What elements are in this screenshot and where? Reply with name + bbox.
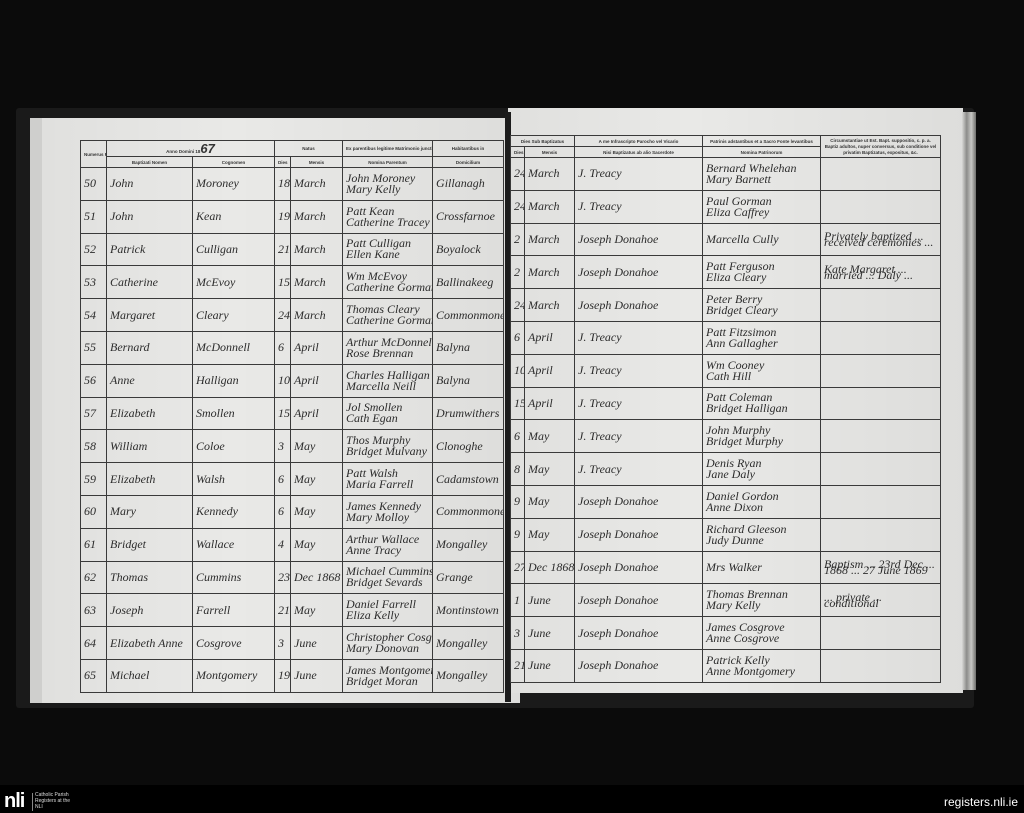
surname: Walsh bbox=[193, 463, 275, 496]
birth-day: 19 bbox=[275, 659, 291, 692]
parents: Patt KeanCatherine Tracey bbox=[343, 200, 433, 233]
table-row: 10AprilJ. TreacyWm CooneyCath Hill bbox=[511, 354, 941, 387]
entry-number: 62 bbox=[81, 561, 107, 594]
parents: Patt WalshMaria Farrell bbox=[343, 463, 433, 496]
header-surname: Cognomen bbox=[193, 157, 275, 168]
birth-month: March bbox=[291, 168, 343, 201]
sponsors: Daniel GordonAnne Dixon bbox=[703, 485, 821, 518]
birth-month: May bbox=[291, 430, 343, 463]
entry-number: 52 bbox=[81, 233, 107, 266]
godmother-name: Eliza Caffrey bbox=[706, 207, 817, 218]
baptism-day: 24 bbox=[511, 289, 525, 322]
minister: Joseph Donahoe bbox=[575, 289, 703, 322]
baptism-day: 9 bbox=[511, 518, 525, 551]
baptism-month: June bbox=[525, 617, 575, 650]
entry-number: 60 bbox=[81, 495, 107, 528]
sponsors: Patt ColemanBridget Halligan bbox=[703, 387, 821, 420]
sponsors: Marcella Cully bbox=[703, 223, 821, 256]
birth-month: March bbox=[291, 233, 343, 266]
birth-month: June bbox=[291, 659, 343, 692]
sponsors: Wm CooneyCath Hill bbox=[703, 354, 821, 387]
table-row: 51JohnKean19MarchPatt KeanCatherine Trac… bbox=[81, 200, 504, 233]
remarks bbox=[821, 321, 941, 354]
baptism-day: 10 bbox=[511, 354, 525, 387]
mother-name: Mary Donovan bbox=[346, 643, 429, 654]
residence: Cadamstown bbox=[433, 463, 504, 496]
mother-name: Mary Molloy bbox=[346, 512, 429, 523]
surname: Wallace bbox=[193, 528, 275, 561]
baptised-name: Bernard bbox=[107, 331, 193, 364]
minister: J. Treacy bbox=[575, 190, 703, 223]
table-row: 3JuneJoseph DonahoeJames CosgroveAnne Co… bbox=[511, 617, 941, 650]
godmother-name: Bridget Halligan bbox=[706, 403, 817, 414]
baptism-month: June bbox=[525, 649, 575, 682]
godmother-name: Anne Dixon bbox=[706, 502, 817, 513]
baptism-month: April bbox=[525, 354, 575, 387]
parents: Jol SmollenCath Egan bbox=[343, 397, 433, 430]
birth-day: 21 bbox=[275, 594, 291, 627]
minister: Joseph Donahoe bbox=[575, 223, 703, 256]
surname: Cleary bbox=[193, 299, 275, 332]
table-row: 24MarchJ. TreacyPaul GormanEliza Caffrey bbox=[511, 190, 941, 223]
baptism-month: April bbox=[525, 321, 575, 354]
remarks bbox=[821, 354, 941, 387]
baptised-name: Anne bbox=[107, 364, 193, 397]
birth-day: 24 bbox=[275, 299, 291, 332]
entry-number: 53 bbox=[81, 266, 107, 299]
baptism-month: March bbox=[525, 158, 575, 191]
table-row: 58WilliamColoe3MayThos MurphyBridget Mul… bbox=[81, 430, 504, 463]
remarks bbox=[821, 518, 941, 551]
mother-name: Bridget Sevards bbox=[346, 577, 429, 588]
baptism-day: 2 bbox=[511, 223, 525, 256]
header-month: Mensis bbox=[525, 147, 575, 158]
baptism-month: March bbox=[525, 256, 575, 289]
year-handwritten: 67 bbox=[200, 141, 214, 156]
sponsors: John MurphyBridget Murphy bbox=[703, 420, 821, 453]
minister: Joseph Donahoe bbox=[575, 617, 703, 650]
birth-month: May bbox=[291, 463, 343, 496]
birth-day: 18 bbox=[275, 168, 291, 201]
table-row: 2MarchJoseph DonahoeMarcella CullyPrivat… bbox=[511, 223, 941, 256]
baptised-name: Thomas bbox=[107, 561, 193, 594]
godmother-name: Mrs Walker bbox=[706, 562, 817, 573]
mother-name: Rose Brennan bbox=[346, 348, 429, 359]
parents: James KennedyMary Molloy bbox=[343, 495, 433, 528]
surname: Kennedy bbox=[193, 495, 275, 528]
birth-day: 6 bbox=[275, 331, 291, 364]
remarks bbox=[821, 649, 941, 682]
baptism-month: April bbox=[525, 387, 575, 420]
baptism-day: 27 bbox=[511, 551, 525, 584]
baptised-name: Michael bbox=[107, 659, 193, 692]
residence: Grange bbox=[433, 561, 504, 594]
remarks: Privately baptized ... received ceremoni… bbox=[821, 223, 941, 256]
table-row: 6AprilJ. TreacyPatt FitzsimonAnn Gallagh… bbox=[511, 321, 941, 354]
entry-number: 56 bbox=[81, 364, 107, 397]
nli-logo[interactable]: nli bbox=[4, 791, 24, 811]
baptised-name: John bbox=[107, 200, 193, 233]
godmother-name: Anne Montgomery bbox=[706, 666, 817, 677]
header-day: Dies bbox=[275, 157, 291, 168]
mother-name: Bridget Moran bbox=[346, 676, 429, 687]
remarks bbox=[821, 190, 941, 223]
mother-name: Cath Egan bbox=[346, 413, 429, 424]
baptism-day: 9 bbox=[511, 485, 525, 518]
godmother-name: Anne Cosgrove bbox=[706, 633, 817, 644]
remarks bbox=[821, 420, 941, 453]
entry-number: 59 bbox=[81, 463, 107, 496]
left-register-table: Numerus Parochiae Anno Domini 1867 Natus… bbox=[80, 140, 504, 693]
residence: Commonmoneen bbox=[433, 495, 504, 528]
sponsors: Patt FergusonEliza Cleary bbox=[703, 256, 821, 289]
header-minister-sub: Nisi Baptizatus ab alio Sacerdote bbox=[575, 147, 703, 158]
residence: Crossfarnoe bbox=[433, 200, 504, 233]
table-row: 55BernardMcDonnell6AprilArthur McDonnell… bbox=[81, 331, 504, 364]
baptised-name: Mary bbox=[107, 495, 193, 528]
surname: Smollen bbox=[193, 397, 275, 430]
surname: Moroney bbox=[193, 168, 275, 201]
baptised-name: Elizabeth bbox=[107, 463, 193, 496]
table-row: 8MayJ. TreacyDenis RyanJane Daly bbox=[511, 453, 941, 486]
baptism-month: May bbox=[525, 420, 575, 453]
birth-month: April bbox=[291, 364, 343, 397]
residence: Mongalley bbox=[433, 627, 504, 660]
header-residence: Habitantibus in bbox=[433, 141, 504, 157]
sponsors: Patrick KellyAnne Montgomery bbox=[703, 649, 821, 682]
birth-day: 15 bbox=[275, 266, 291, 299]
baptism-month: March bbox=[525, 223, 575, 256]
table-row: 59ElizabethWalsh6MayPatt WalshMaria Farr… bbox=[81, 463, 504, 496]
godmother-name: Ann Gallagher bbox=[706, 338, 817, 349]
remarks bbox=[821, 453, 941, 486]
minister: J. Treacy bbox=[575, 387, 703, 420]
residence: Mongalley bbox=[433, 528, 504, 561]
residence: Boyalock bbox=[433, 233, 504, 266]
godmother-name: Mary Kelly bbox=[706, 600, 817, 611]
baptised-name: Elizabeth bbox=[107, 397, 193, 430]
minister: J. Treacy bbox=[575, 321, 703, 354]
header-birth: Natus bbox=[275, 141, 343, 157]
minister: J. Treacy bbox=[575, 354, 703, 387]
sponsors: Patt FitzsimonAnn Gallagher bbox=[703, 321, 821, 354]
table-row: 15AprilJ. TreacyPatt ColemanBridget Hall… bbox=[511, 387, 941, 420]
table-row: 64Elizabeth AnneCosgrove3JuneChristopher… bbox=[81, 627, 504, 660]
birth-month: April bbox=[291, 397, 343, 430]
entry-number: 54 bbox=[81, 299, 107, 332]
baptised-name: Patrick bbox=[107, 233, 193, 266]
godmother-name: Eliza Cleary bbox=[706, 272, 817, 283]
table-row: 62ThomasCummins23Dec 1868Michael Cummins… bbox=[81, 561, 504, 594]
parents: Arthur WallaceAnne Tracy bbox=[343, 528, 433, 561]
parents: Thos MurphyBridget Mulvany bbox=[343, 430, 433, 463]
residence: Montinstown bbox=[433, 594, 504, 627]
birth-day: 6 bbox=[275, 495, 291, 528]
godmother-name: Bridget Murphy bbox=[706, 436, 817, 447]
mother-name: Maria Farrell bbox=[346, 479, 429, 490]
register-scan: Numerus Parochiae Anno Domini 1867 Natus… bbox=[0, 0, 1024, 785]
mother-name: Ellen Kane bbox=[346, 249, 429, 260]
table-row: 27Dec 1868Joseph DonahoeMrs WalkerBaptis… bbox=[511, 551, 941, 584]
table-row: 24MarchJ. TreacyBernard WhelehanMary Bar… bbox=[511, 158, 941, 191]
table-row: 53CatherineMcEvoy15MarchWm McEvoyCatheri… bbox=[81, 266, 504, 299]
remarks bbox=[821, 158, 941, 191]
godmother-name: Cath Hill bbox=[706, 371, 817, 382]
sponsors: Thomas BrennanMary Kelly bbox=[703, 584, 821, 617]
entry-number: 57 bbox=[81, 397, 107, 430]
minister: Joseph Donahoe bbox=[575, 256, 703, 289]
table-row: 52PatrickCulligan21MarchPatt CulliganEll… bbox=[81, 233, 504, 266]
minister: Joseph Donahoe bbox=[575, 649, 703, 682]
baptised-name: Catherine bbox=[107, 266, 193, 299]
birth-day: 15 bbox=[275, 397, 291, 430]
residence: Gillanagh bbox=[433, 168, 504, 201]
surname: Montgomery bbox=[193, 659, 275, 692]
baptism-day: 6 bbox=[511, 420, 525, 453]
birth-day: 19 bbox=[275, 200, 291, 233]
table-row: 6MayJ. TreacyJohn MurphyBridget Murphy bbox=[511, 420, 941, 453]
baptised-name: William bbox=[107, 430, 193, 463]
mother-name: Catherine Gorman bbox=[346, 282, 429, 293]
baptism-month: May bbox=[525, 518, 575, 551]
surname: Kean bbox=[193, 200, 275, 233]
parents: Michael CumminsBridget Sevards bbox=[343, 561, 433, 594]
header-number: Numerus Parochiae bbox=[81, 141, 107, 168]
baptised-name: Margaret bbox=[107, 299, 193, 332]
minister: Joseph Donahoe bbox=[575, 584, 703, 617]
entry-number: 50 bbox=[81, 168, 107, 201]
header-year: Anno Domini 1867 bbox=[107, 141, 275, 157]
godmother-name: Judy Dunne bbox=[706, 535, 817, 546]
baptised-name: John bbox=[107, 168, 193, 201]
entry-number: 55 bbox=[81, 331, 107, 364]
header-sponsors-sub: Nomina Patrinorum bbox=[703, 147, 821, 158]
table-row: 60MaryKennedy6MayJames KennedyMary Mollo… bbox=[81, 495, 504, 528]
table-row: 21JuneJoseph DonahoePatrick KellyAnne Mo… bbox=[511, 649, 941, 682]
surname: Cummins bbox=[193, 561, 275, 594]
header-baptism-date: Dies Sub Baptizatus bbox=[511, 136, 575, 147]
mother-name: Catherine Tracey bbox=[346, 217, 429, 228]
minister: J. Treacy bbox=[575, 420, 703, 453]
birth-day: 3 bbox=[275, 430, 291, 463]
birth-day: 3 bbox=[275, 627, 291, 660]
surname: McEvoy bbox=[193, 266, 275, 299]
baptism-month: June bbox=[525, 584, 575, 617]
residence: Balyna bbox=[433, 331, 504, 364]
godmother-name: Jane Daly bbox=[706, 469, 817, 480]
baptism-day: 24 bbox=[511, 158, 525, 191]
baptism-day: 15 bbox=[511, 387, 525, 420]
baptism-day: 2 bbox=[511, 256, 525, 289]
parents: Patt CulliganEllen Kane bbox=[343, 233, 433, 266]
residence: Clonoghe bbox=[433, 430, 504, 463]
birth-month: March bbox=[291, 200, 343, 233]
entry-number: 64 bbox=[81, 627, 107, 660]
mother-name: Catherine Gorman bbox=[346, 315, 429, 326]
minister: Joseph Donahoe bbox=[575, 518, 703, 551]
birth-month: June bbox=[291, 627, 343, 660]
header-baptised-name: Baptizati Nomen bbox=[107, 157, 193, 168]
header-day: Dies bbox=[511, 147, 525, 158]
surname: Halligan bbox=[193, 364, 275, 397]
table-row: 61BridgetWallace4MayArthur WallaceAnne T… bbox=[81, 528, 504, 561]
surname: Coloe bbox=[193, 430, 275, 463]
godfather-name: Marcella Cully bbox=[706, 234, 817, 245]
remarks bbox=[821, 485, 941, 518]
baptism-month: March bbox=[525, 190, 575, 223]
table-row: 50JohnMoroney18MarchJohn MoroneyMary Kel… bbox=[81, 168, 504, 201]
birth-month: May bbox=[291, 495, 343, 528]
table-row: 57ElizabethSmollen15AprilJol SmollenCath… bbox=[81, 397, 504, 430]
baptised-name: Joseph bbox=[107, 594, 193, 627]
residence: Commonmoneen bbox=[433, 299, 504, 332]
entry-number: 51 bbox=[81, 200, 107, 233]
remarks bbox=[821, 617, 941, 650]
parents: Christopher CosgroveMary Donovan bbox=[343, 627, 433, 660]
surname: Cosgrove bbox=[193, 627, 275, 660]
header-month: Mensis bbox=[291, 157, 343, 168]
table-row: 9MayJoseph DonahoeDaniel GordonAnne Dixo… bbox=[511, 485, 941, 518]
table-row: 63JosephFarrell21MayDaniel FarrellEliza … bbox=[81, 594, 504, 627]
sponsors: Denis RyanJane Daly bbox=[703, 453, 821, 486]
header-minister: A me Infrascripto Parocho vel Vicario bbox=[575, 136, 703, 147]
residence: Ballinakeeg bbox=[433, 266, 504, 299]
baptised-name: Bridget bbox=[107, 528, 193, 561]
header-parents: Ex parentibus legitime Matrimonio juncti… bbox=[343, 141, 433, 157]
logo-divider bbox=[32, 793, 33, 811]
entry-number: 63 bbox=[81, 594, 107, 627]
baptism-month: May bbox=[525, 485, 575, 518]
table-row: 54MargaretCleary24MarchThomas ClearyCath… bbox=[81, 299, 504, 332]
sponsors: Paul GormanEliza Caffrey bbox=[703, 190, 821, 223]
entry-number: 65 bbox=[81, 659, 107, 692]
sponsors: Bernard WhelehanMary Barnett bbox=[703, 158, 821, 191]
header-sponsors: Patrinis adstantibus et a Sacro Fonte le… bbox=[703, 136, 821, 147]
sponsors: James CosgroveAnne Cosgrove bbox=[703, 617, 821, 650]
surname: Farrell bbox=[193, 594, 275, 627]
baptism-month: Dec 1868 bbox=[525, 551, 575, 584]
table-row: 2MarchJoseph DonahoePatt FergusonEliza C… bbox=[511, 256, 941, 289]
table-row: 1JuneJoseph DonahoeThomas BrennanMary Ke… bbox=[511, 584, 941, 617]
birth-month: May bbox=[291, 594, 343, 627]
parents: John MoroneyMary Kelly bbox=[343, 168, 433, 201]
birth-day: 21 bbox=[275, 233, 291, 266]
logo-caption: Catholic Parish Registers at the NLI bbox=[35, 792, 75, 810]
entry-number: 61 bbox=[81, 528, 107, 561]
godmother-name: Mary Barnett bbox=[706, 174, 817, 185]
remarks: ... private ... conditional bbox=[821, 584, 941, 617]
birth-day: 10 bbox=[275, 364, 291, 397]
header-residence-sub: Domicilium bbox=[433, 157, 504, 168]
birth-month: March bbox=[291, 299, 343, 332]
remarks: Kate Margaret ... married ... Daly ... bbox=[821, 256, 941, 289]
parents: Thomas ClearyCatherine Gorman bbox=[343, 299, 433, 332]
surname: McDonnell bbox=[193, 331, 275, 364]
mother-name: Bridget Mulvany bbox=[346, 446, 429, 457]
mother-name: Mary Kelly bbox=[346, 184, 429, 195]
table-row: 56AnneHalligan10AprilCharles HalliganMar… bbox=[81, 364, 504, 397]
parents: Charles HalliganMarcella Neill bbox=[343, 364, 433, 397]
baptism-day: 6 bbox=[511, 321, 525, 354]
baptism-month: March bbox=[525, 289, 575, 322]
header-remarks: Circumstantiae ut Est. Bapt. suppositio,… bbox=[821, 136, 941, 158]
baptism-day: 24 bbox=[511, 190, 525, 223]
residence: Mongalley bbox=[433, 659, 504, 692]
parents: Wm McEvoyCatherine Gorman bbox=[343, 266, 433, 299]
viewer-footer bbox=[0, 785, 1024, 813]
minister: J. Treacy bbox=[575, 453, 703, 486]
right-register-table: Dies Sub Baptizatus A me Infrascripto Pa… bbox=[510, 135, 941, 683]
minister: J. Treacy bbox=[575, 158, 703, 191]
baptism-day: 8 bbox=[511, 453, 525, 486]
baptism-month: May bbox=[525, 453, 575, 486]
birth-month: March bbox=[291, 266, 343, 299]
remarks: Baptism ... 23rd Dec ... 1868 ... 27 Jun… bbox=[821, 551, 941, 584]
baptised-name: Elizabeth Anne bbox=[107, 627, 193, 660]
residence: Balyna bbox=[433, 364, 504, 397]
minister: Joseph Donahoe bbox=[575, 485, 703, 518]
birth-month: Dec 1868 bbox=[291, 561, 343, 594]
table-row: 65MichaelMontgomery19JuneJames Montgomer… bbox=[81, 659, 504, 692]
parents: James MontgomeryBridget Moran bbox=[343, 659, 433, 692]
baptism-day: 3 bbox=[511, 617, 525, 650]
birth-day: 6 bbox=[275, 463, 291, 496]
sponsors: Mrs Walker bbox=[703, 551, 821, 584]
mother-name: Marcella Neill bbox=[346, 381, 429, 392]
table-row: 24MarchJoseph DonahoePeter BerryBridget … bbox=[511, 289, 941, 322]
godmother-name: Bridget Cleary bbox=[706, 305, 817, 316]
entry-number: 58 bbox=[81, 430, 107, 463]
site-link[interactable]: registers.nli.ie bbox=[944, 795, 1018, 809]
mother-name: Anne Tracy bbox=[346, 545, 429, 556]
baptism-day: 21 bbox=[511, 649, 525, 682]
header-parents-names: Nomina Parentum bbox=[343, 157, 433, 168]
residence: Drumwithers bbox=[433, 397, 504, 430]
birth-month: May bbox=[291, 528, 343, 561]
page-edges bbox=[962, 112, 976, 690]
minister: Joseph Donahoe bbox=[575, 551, 703, 584]
parents: Daniel FarrellEliza Kelly bbox=[343, 594, 433, 627]
birth-month: April bbox=[291, 331, 343, 364]
mother-name: Eliza Kelly bbox=[346, 610, 429, 621]
sponsors: Richard GleesonJudy Dunne bbox=[703, 518, 821, 551]
table-row: 9MayJoseph DonahoeRichard GleesonJudy Du… bbox=[511, 518, 941, 551]
remarks bbox=[821, 289, 941, 322]
birth-day: 23 bbox=[275, 561, 291, 594]
surname: Culligan bbox=[193, 233, 275, 266]
birth-day: 4 bbox=[275, 528, 291, 561]
parents: Arthur McDonnellRose Brennan bbox=[343, 331, 433, 364]
baptism-day: 1 bbox=[511, 584, 525, 617]
remarks bbox=[821, 387, 941, 420]
sponsors: Peter BerryBridget Cleary bbox=[703, 289, 821, 322]
